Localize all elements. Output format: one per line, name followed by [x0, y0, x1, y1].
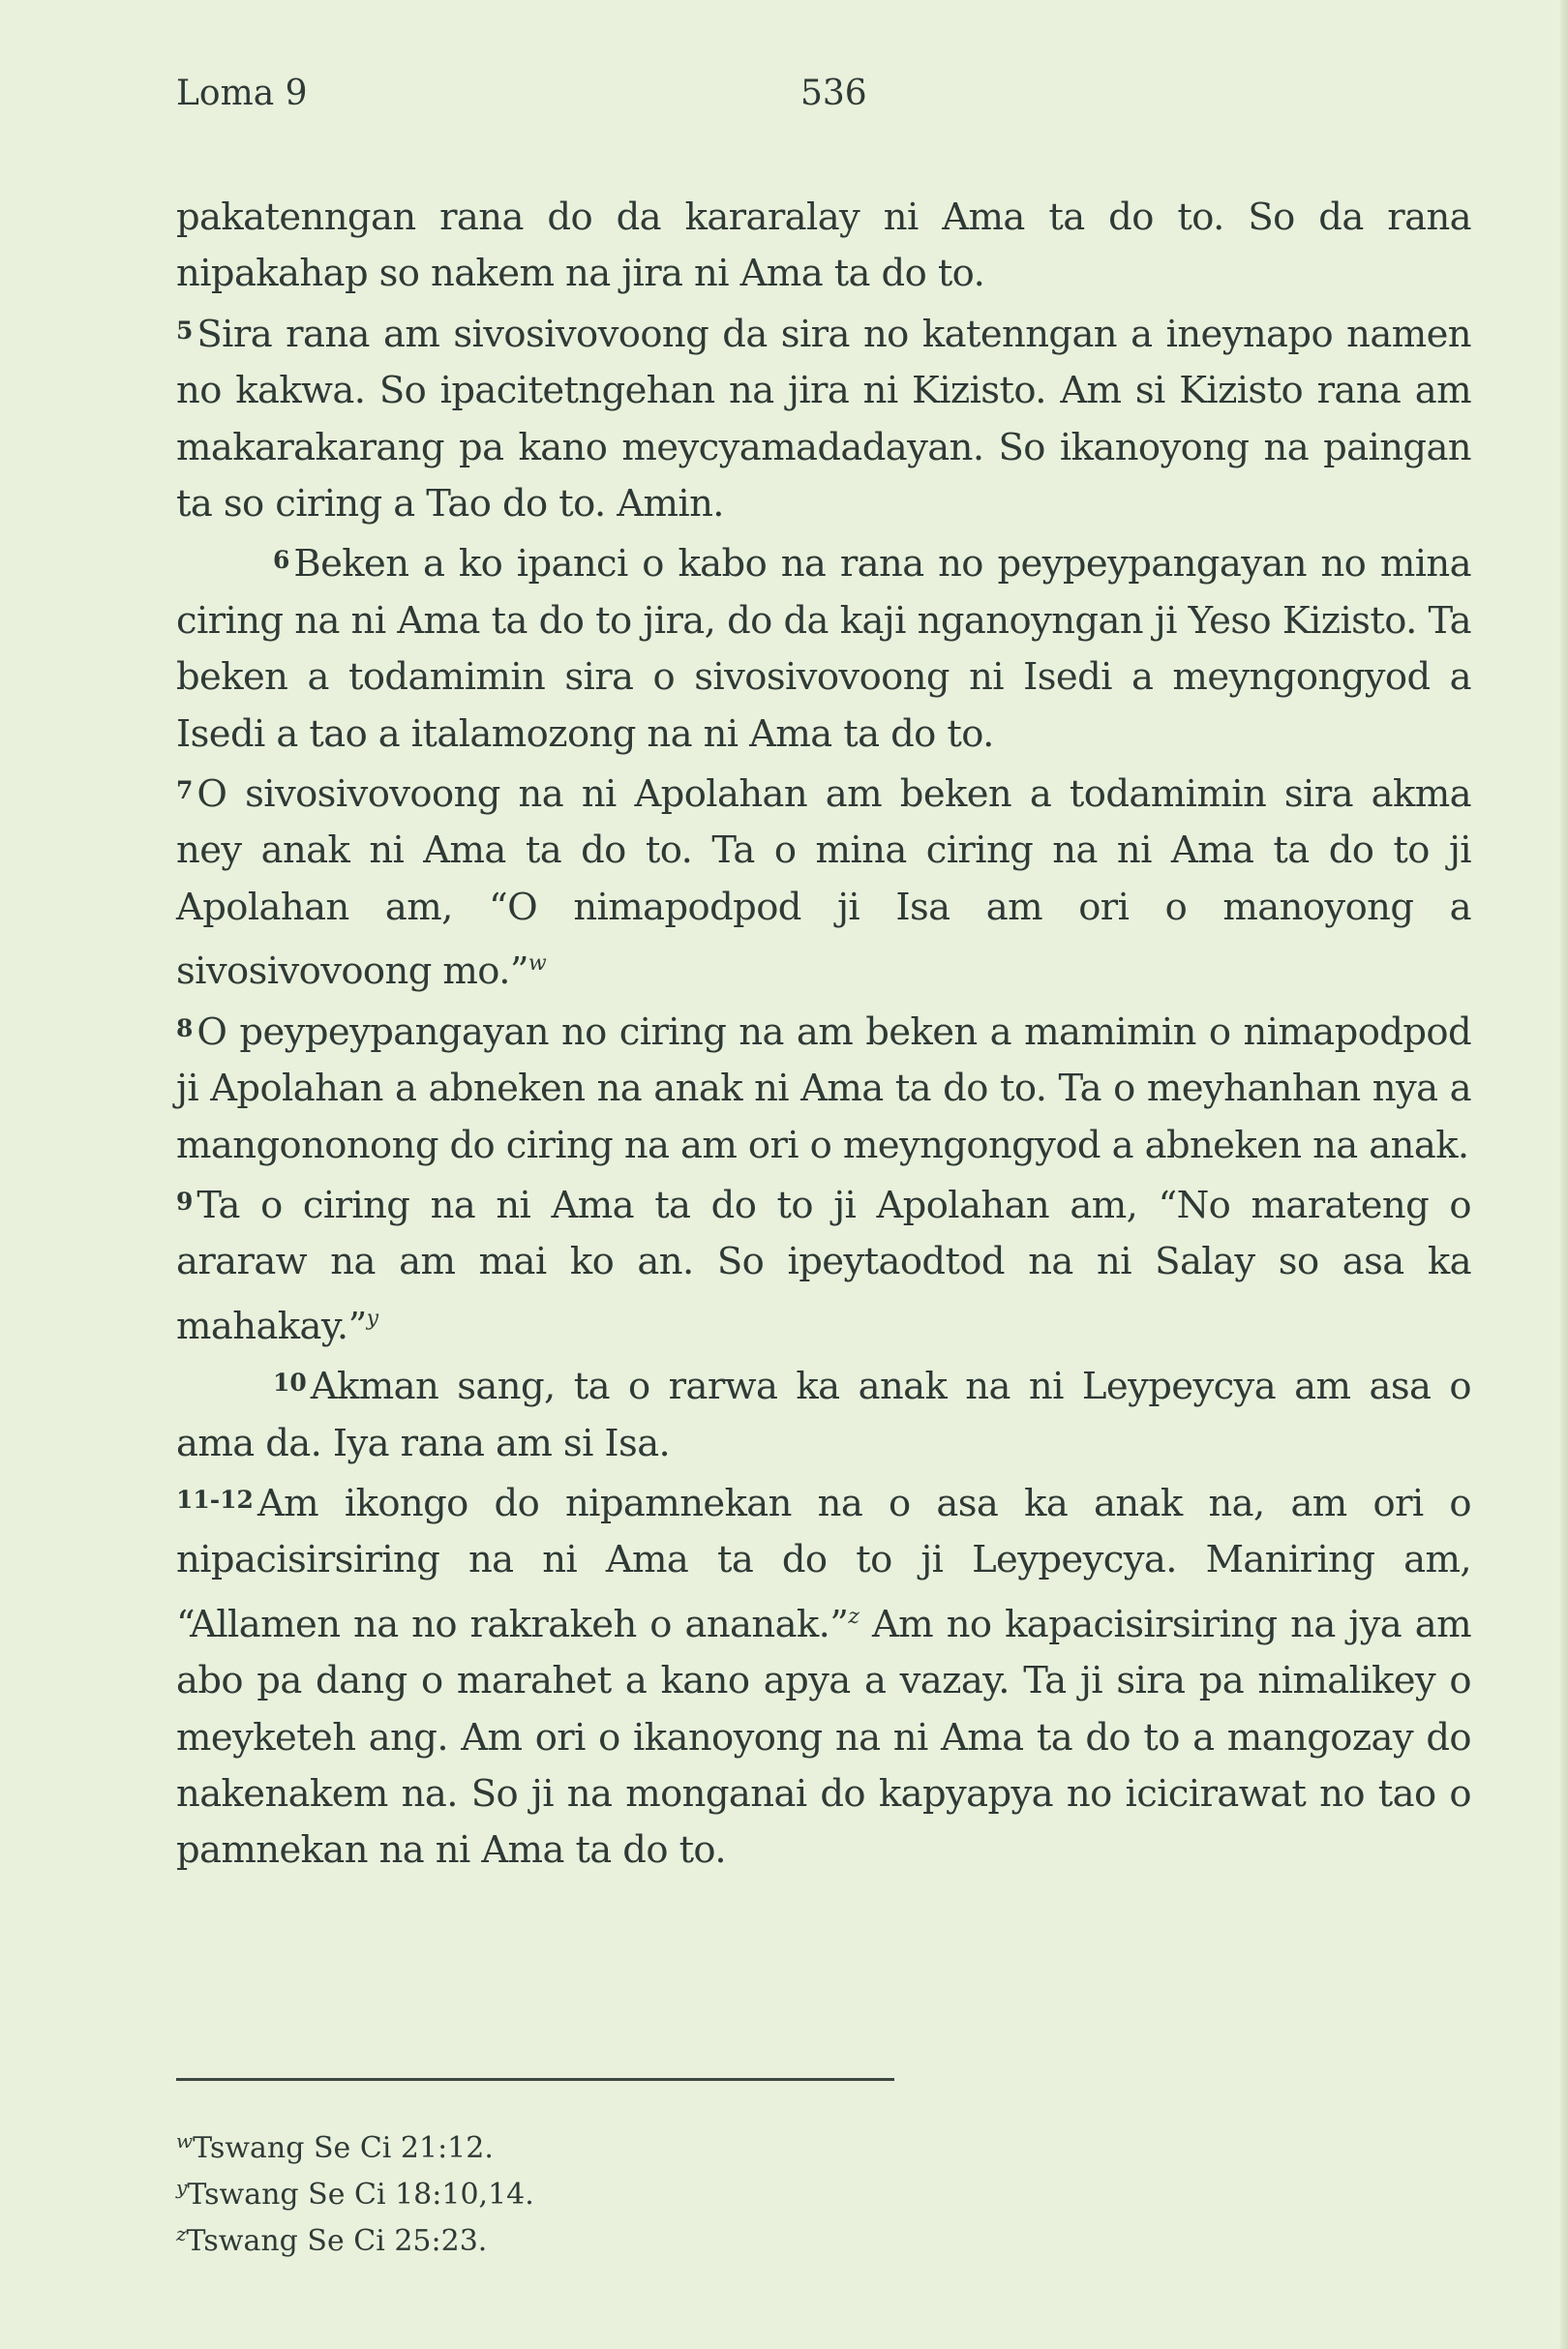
paragraph-text: Akman sang, ta o rarwa ka anak na ni Ley… [176, 1365, 1471, 1464]
page-edge [1560, 0, 1568, 2349]
footnote-divider [176, 2078, 894, 2081]
verse-paragraph-6: 6Beken a ko ipanci o kabo na rana no pey… [176, 532, 1471, 763]
page-number: 536 [800, 70, 867, 118]
footnote-mark: z [176, 2222, 187, 2245]
footnote-ref-link[interactable]: y [367, 1307, 378, 1331]
scripture-body: pakatenngan rana do da kararalay ni Ama … [176, 190, 1471, 1880]
paragraph-text: O sivosivovoong na ni Apolahan am beken … [176, 772, 1471, 993]
footnote-mark: y [176, 2176, 187, 2199]
footnote-mark: w [176, 2129, 193, 2153]
footnotes: wTswang Se Ci 21:12. yTswang Se Ci 18:10… [176, 2122, 1047, 2261]
book-chapter-title: Loma 9 [176, 70, 308, 118]
footnote-ref-link[interactable]: z [848, 1605, 859, 1629]
verse-paragraph-5: 5Sira rana am sivosivovoong da sira no k… [176, 303, 1471, 533]
verse-paragraph-11-12: 11-12Am ikongo do nipamnekan na o asa ka… [176, 1472, 1471, 1880]
running-header: Loma 9 536 [176, 70, 1473, 118]
verse-number: 5 [176, 316, 193, 345]
footnote-text: Tswang Se Ci 18:10,14. [187, 2178, 533, 2212]
verse-number: 6 [273, 546, 289, 574]
verse-paragraph-9: 9Ta o ciring na ni Ama ta do to ji Apola… [176, 1174, 1471, 1355]
footnote-item: yTswang Se Ci 18:10,14. [176, 2168, 1047, 2214]
paragraph-text: Beken a ko ipanci o kabo na rana no peyp… [176, 542, 1471, 755]
verse-number: 8 [176, 1014, 193, 1042]
paragraph-text: pakatenngan rana do da kararalay ni Ama … [176, 196, 1471, 295]
paragraph-continuation: pakatenngan rana do da kararalay ni Ama … [176, 190, 1471, 303]
footnote-text: Tswang Se Ci 21:12. [193, 2131, 494, 2165]
verse-number: 7 [176, 776, 193, 804]
footnote-text: Tswang Se Ci 25:23. [187, 2224, 488, 2258]
paragraph-text: Sira rana am sivosivovoong da sira no ka… [176, 313, 1471, 526]
verse-paragraph-7: 7O sivosivovoong na ni Apolahan am beken… [176, 763, 1471, 1001]
verse-number: 11-12 [176, 1486, 254, 1514]
paragraph-text: O peypeypangayan no ciring na am beken a… [176, 1010, 1471, 1167]
verse-number: 10 [273, 1369, 307, 1397]
footnote-ref-link[interactable]: w [528, 951, 546, 976]
footnote-item: zTswang Se Ci 25:23. [176, 2214, 1047, 2261]
verse-number: 9 [176, 1188, 193, 1216]
verse-paragraph-10: 10Akman sang, ta o rarwa ka anak na ni L… [176, 1355, 1471, 1472]
footnote-item: wTswang Se Ci 21:12. [176, 2122, 1047, 2168]
verse-paragraph-8: 8O peypeypangayan no ciring na am beken … [176, 1001, 1471, 1174]
